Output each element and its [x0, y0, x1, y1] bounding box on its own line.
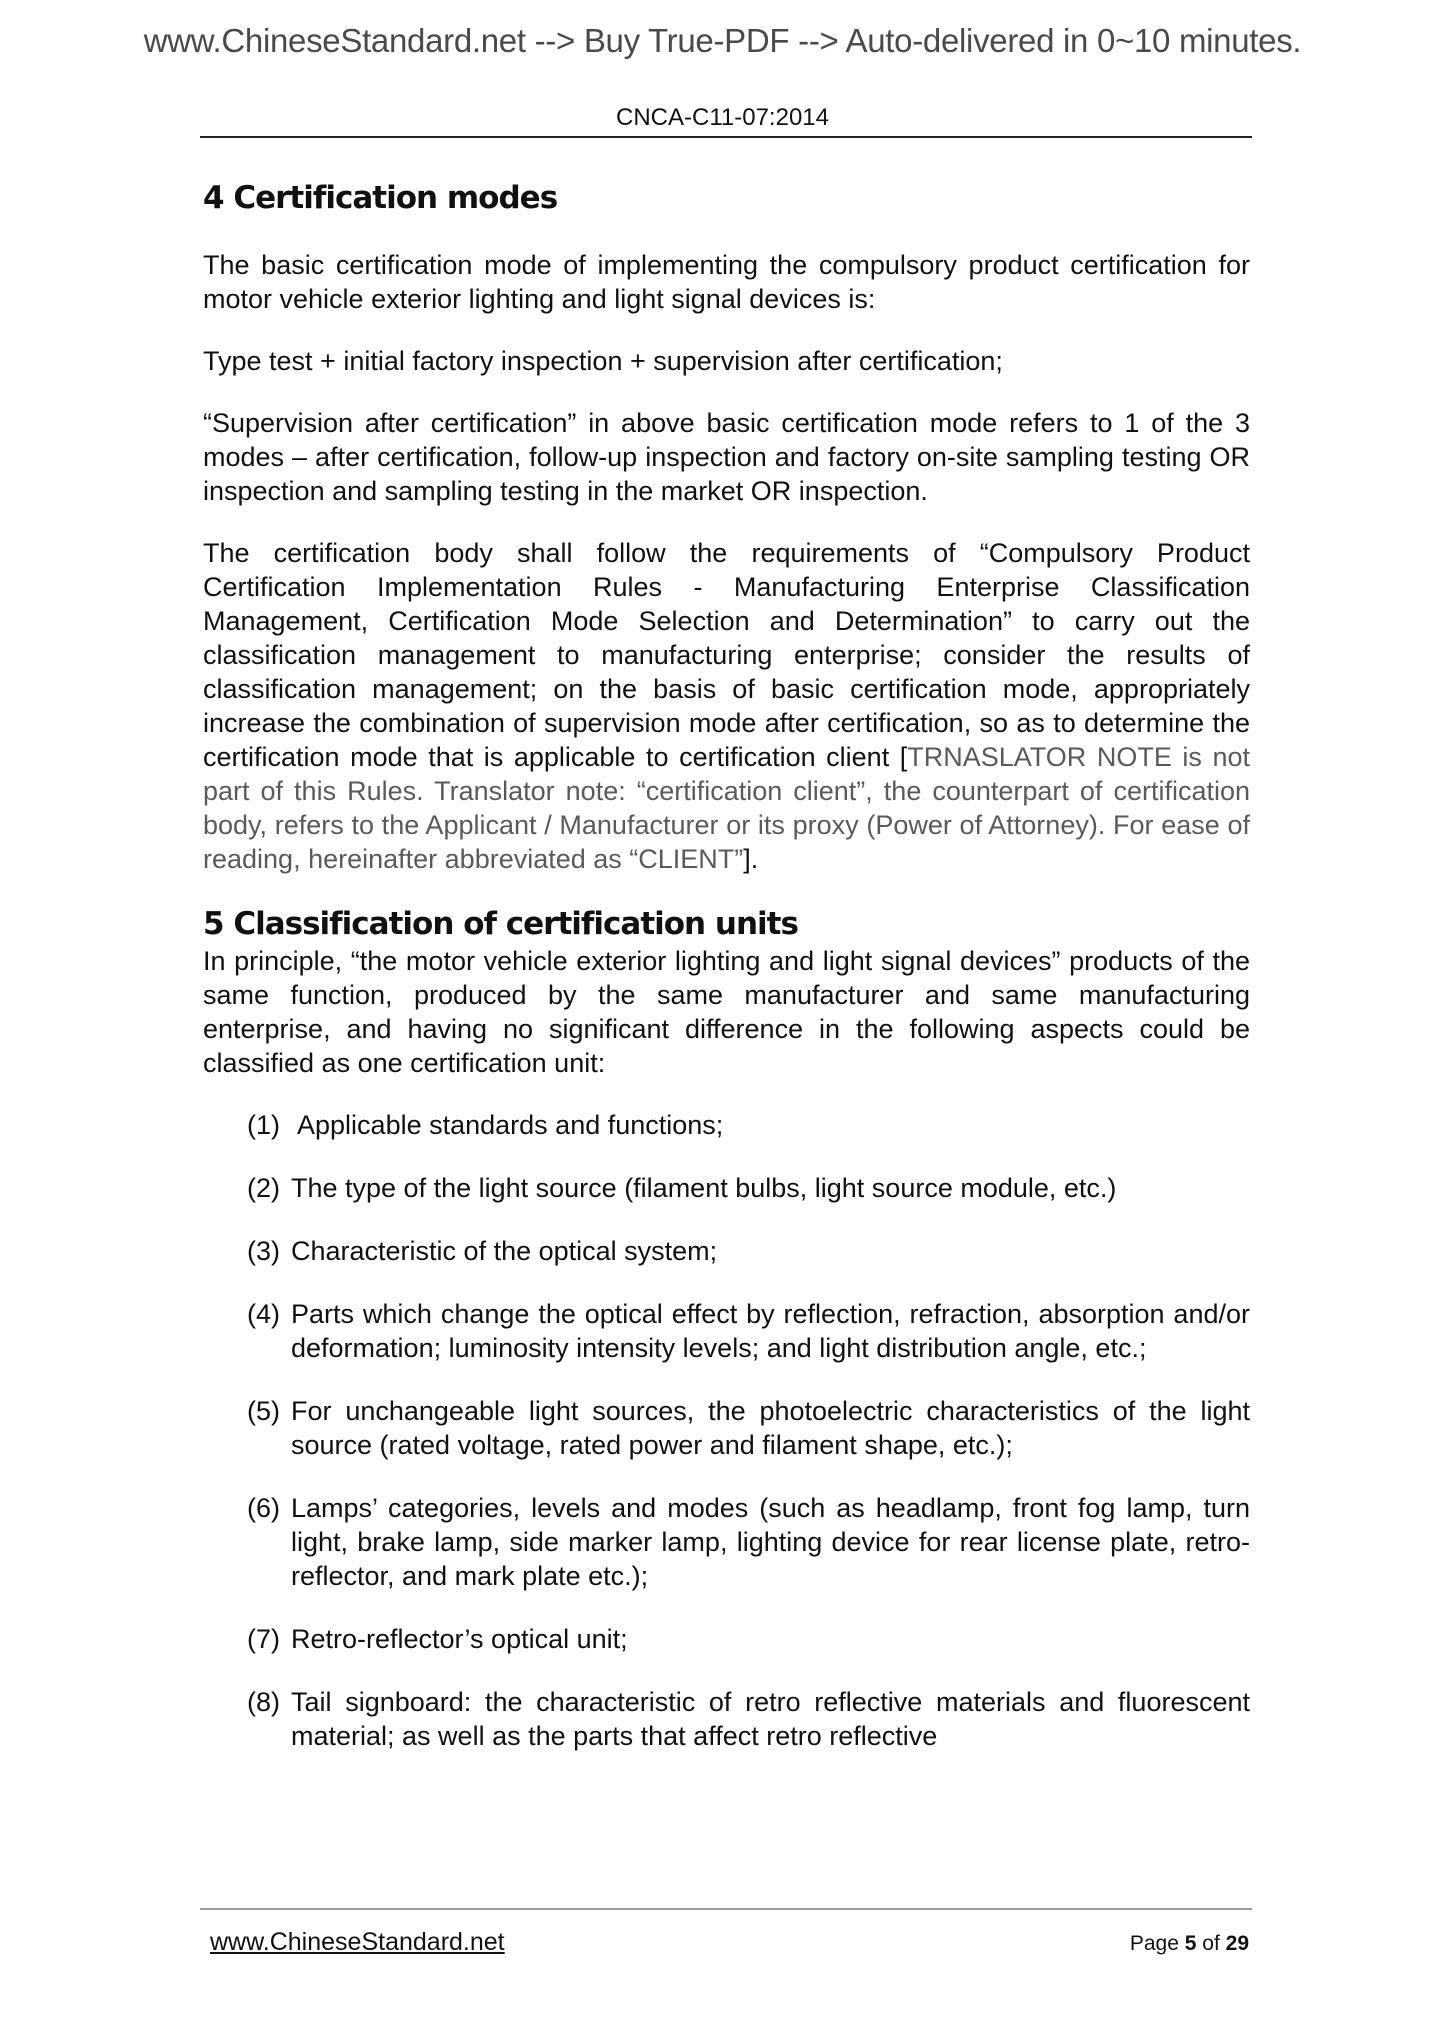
paragraph-text: The certification body shall follow the … — [203, 538, 1250, 772]
list-item: (3)Characteristic of the optical system; — [203, 1234, 1250, 1268]
list-text: The type of the light source (filament b… — [291, 1173, 1116, 1203]
list-number: (1) — [247, 1108, 291, 1142]
page-of-label: of — [1202, 1932, 1220, 1955]
list-number: (4) — [247, 1297, 291, 1331]
header-divider — [200, 136, 1252, 138]
page-number: Page 5 of 29 — [1130, 1932, 1249, 1956]
page-content: 4 Certification modes The basic certific… — [203, 180, 1250, 1782]
list-number: (7) — [247, 1622, 291, 1656]
section-4-heading: 4 Certification modes — [203, 180, 1250, 216]
list-text: Tail signboard: the characteristic of re… — [291, 1687, 1250, 1751]
list-number: (8) — [247, 1685, 291, 1719]
list-item: (2)The type of the light source (filamen… — [203, 1171, 1250, 1205]
list-number: (2) — [247, 1171, 291, 1205]
document-code: CNCA-C11-07:2014 — [0, 104, 1445, 132]
promo-banner: www.ChineseStandard.net --> Buy True-PDF… — [0, 22, 1445, 60]
page-label: Page — [1130, 1932, 1179, 1955]
list-text: Lamps’ categories, levels and modes (suc… — [291, 1493, 1250, 1591]
list-number: (3) — [247, 1234, 291, 1268]
section-5-heading: 5 Classification of certification units — [203, 906, 1250, 942]
footer-website-link[interactable]: www.ChineseStandard.net — [210, 1928, 505, 1957]
list-text: Retro-reflector’s optical unit; — [291, 1624, 628, 1654]
list-number: (6) — [247, 1491, 291, 1525]
list-item: (6)Lamps’ categories, levels and modes (… — [203, 1491, 1250, 1593]
list-item: (4)Parts which change the optical effect… — [203, 1297, 1250, 1365]
list-text: For unchangeable light sources, the phot… — [291, 1396, 1250, 1460]
footer-divider — [200, 1908, 1252, 1910]
paragraph-end: ]. — [743, 844, 758, 874]
paragraph: Type test + initial factory inspection +… — [203, 344, 1250, 378]
total-pages: 29 — [1226, 1932, 1249, 1955]
list-text: Characteristic of the optical system; — [291, 1236, 717, 1266]
list-number: (5) — [247, 1394, 291, 1428]
list-item: (5)For unchangeable light sources, the p… — [203, 1394, 1250, 1462]
current-page: 5 — [1185, 1932, 1197, 1955]
paragraph: The basic certification mode of implemen… — [203, 248, 1250, 316]
section-5-intro: In principle, “the motor vehicle exterio… — [203, 944, 1250, 1080]
list-item: (8)Tail signboard: the characteristic of… — [203, 1685, 1250, 1753]
paragraph: “Supervision after certification” in abo… — [203, 406, 1250, 508]
list-item: (7)Retro-reflector’s optical unit; — [203, 1622, 1250, 1656]
list-text: Parts which change the optical effect by… — [291, 1299, 1250, 1363]
list-text: Applicable standards and functions; — [291, 1110, 723, 1140]
paragraph-certification-body: The certification body shall follow the … — [203, 536, 1250, 876]
classification-list: (1) Applicable standards and functions; … — [203, 1108, 1250, 1753]
list-item: (1) Applicable standards and functions; — [203, 1108, 1250, 1142]
